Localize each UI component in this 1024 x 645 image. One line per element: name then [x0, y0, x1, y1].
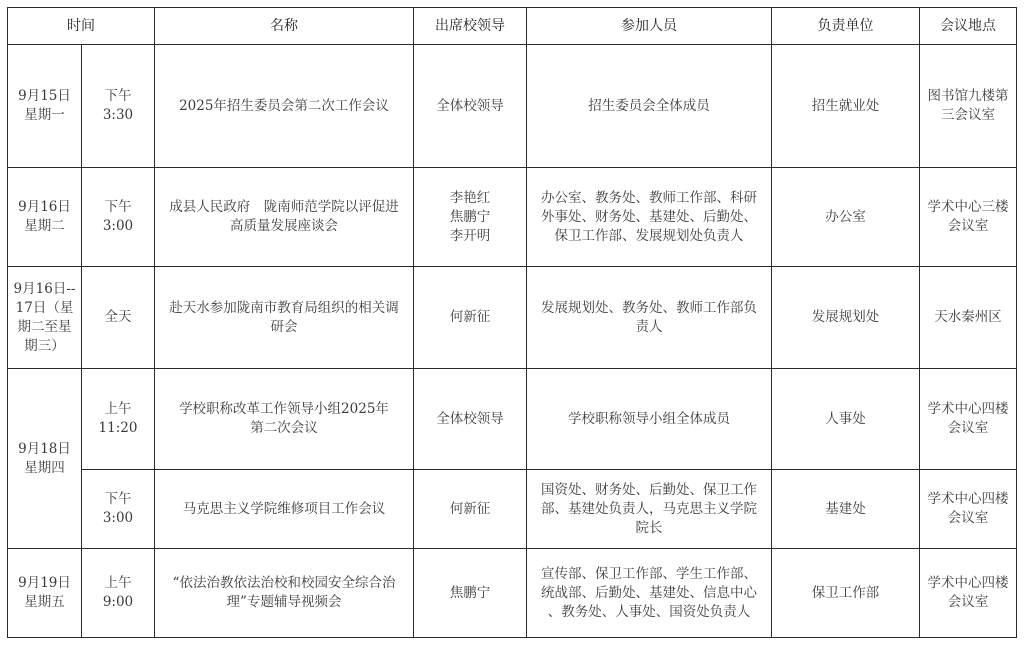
cell-time: 全天: [82, 267, 155, 369]
cell-date: 9月16日 星期二: [8, 168, 82, 267]
cell-attendees: 招生委员会全体成员: [527, 45, 772, 168]
cell-name: “依法治教依法治校和校园安全综合治 理”专题辅导视频会: [155, 549, 414, 638]
cell-leaders: 李艳红 焦鹏宁 李开明: [414, 168, 527, 267]
meeting-schedule-table: 时间 名称 出席校领导 参加人员 负责单位 会议地点 9月15日 星期一 下午 …: [7, 7, 1017, 638]
table-row: 9月18日 星期四 上午 11:20 学校职称改革工作领导小组2025年 第二次…: [8, 369, 1017, 470]
cell-leaders: 何新征: [414, 470, 527, 549]
table-row: 9月19日 星期五 上午 9:00 “依法治教依法治校和校园安全综合治 理”专题…: [8, 549, 1017, 638]
cell-time: 上午 9:00: [82, 549, 155, 638]
cell-name: 赴天水参加陇南市教育局组织的相关调 研会: [155, 267, 414, 369]
cell-location: 天水秦州区: [920, 267, 1017, 369]
cell-location: 学术中心四楼 会议室: [920, 369, 1017, 470]
cell-leaders: 全体校领导: [414, 369, 527, 470]
table-row: 9月16日-- 17日（星 期二至星 期三） 全天 赴天水参加陇南市教育局组织的…: [8, 267, 1017, 369]
table-row: 9月15日 星期一 下午 3:30 2025年招生委员会第二次工作会议 全体校领…: [8, 45, 1017, 168]
cell-date: 9月15日 星期一: [8, 45, 82, 168]
table-row: 下午 3:00 马克思主义学院维修项目工作会议 何新征 国资处、财务处、后勤处、…: [8, 470, 1017, 549]
cell-name: 成县人民政府 陇南师范学院以评促进 高质量发展座谈会: [155, 168, 414, 267]
cell-leaders: 何新征: [414, 267, 527, 369]
cell-time: 下午 3:00: [82, 470, 155, 549]
cell-attendees: 学校职称领导小组全体成员: [527, 369, 772, 470]
cell-time: 下午 3:00: [82, 168, 155, 267]
cell-date: 9月19日 星期五: [8, 549, 82, 638]
cell-attendees: 国资处、财务处、后勤处、保卫工作 部、基建处负责人，马克思主义学院 院长: [527, 470, 772, 549]
cell-unit: 基建处: [772, 470, 920, 549]
cell-unit: 招生就业处: [772, 45, 920, 168]
cell-unit: 发展规划处: [772, 267, 920, 369]
cell-attendees: 办公室、教务处、教师工作部、科研 外事处、财务处、基建处、后勤处、 保卫工作部、…: [527, 168, 772, 267]
cell-attendees: 发展规划处、教务处、教师工作部负 责人: [527, 267, 772, 369]
cell-attendees: 宣传部、保卫工作部、学生工作部、 统战部、后勤处、基建处、信息中心 、教务处、人…: [527, 549, 772, 638]
cell-name: 学校职称改革工作领导小组2025年 第二次会议: [155, 369, 414, 470]
cell-location: 学术中心四楼 会议室: [920, 470, 1017, 549]
cell-location: 图书馆九楼第 三会议室: [920, 45, 1017, 168]
cell-name: 2025年招生委员会第二次工作会议: [155, 45, 414, 168]
header-leaders: 出席校领导: [414, 8, 527, 45]
header-time: 时间: [8, 8, 155, 45]
header-row: 时间 名称 出席校领导 参加人员 负责单位 会议地点: [8, 8, 1017, 45]
header-name: 名称: [155, 8, 414, 45]
cell-leaders: 全体校领导: [414, 45, 527, 168]
cell-date: 9月16日-- 17日（星 期二至星 期三）: [8, 267, 82, 369]
header-location: 会议地点: [920, 8, 1017, 45]
cell-date: 9月18日 星期四: [8, 369, 82, 549]
cell-location: 学术中心四楼 会议室: [920, 549, 1017, 638]
cell-time: 下午 3:30: [82, 45, 155, 168]
cell-unit: 人事处: [772, 369, 920, 470]
cell-location: 学术中心三楼 会议室: [920, 168, 1017, 267]
cell-unit: 保卫工作部: [772, 549, 920, 638]
cell-time: 上午 11:20: [82, 369, 155, 470]
header-unit: 负责单位: [772, 8, 920, 45]
cell-name: 马克思主义学院维修项目工作会议: [155, 470, 414, 549]
header-attendees: 参加人员: [527, 8, 772, 45]
table-row: 9月16日 星期二 下午 3:00 成县人民政府 陇南师范学院以评促进 高质量发…: [8, 168, 1017, 267]
cell-leaders: 焦鹏宁: [414, 549, 527, 638]
cell-unit: 办公室: [772, 168, 920, 267]
